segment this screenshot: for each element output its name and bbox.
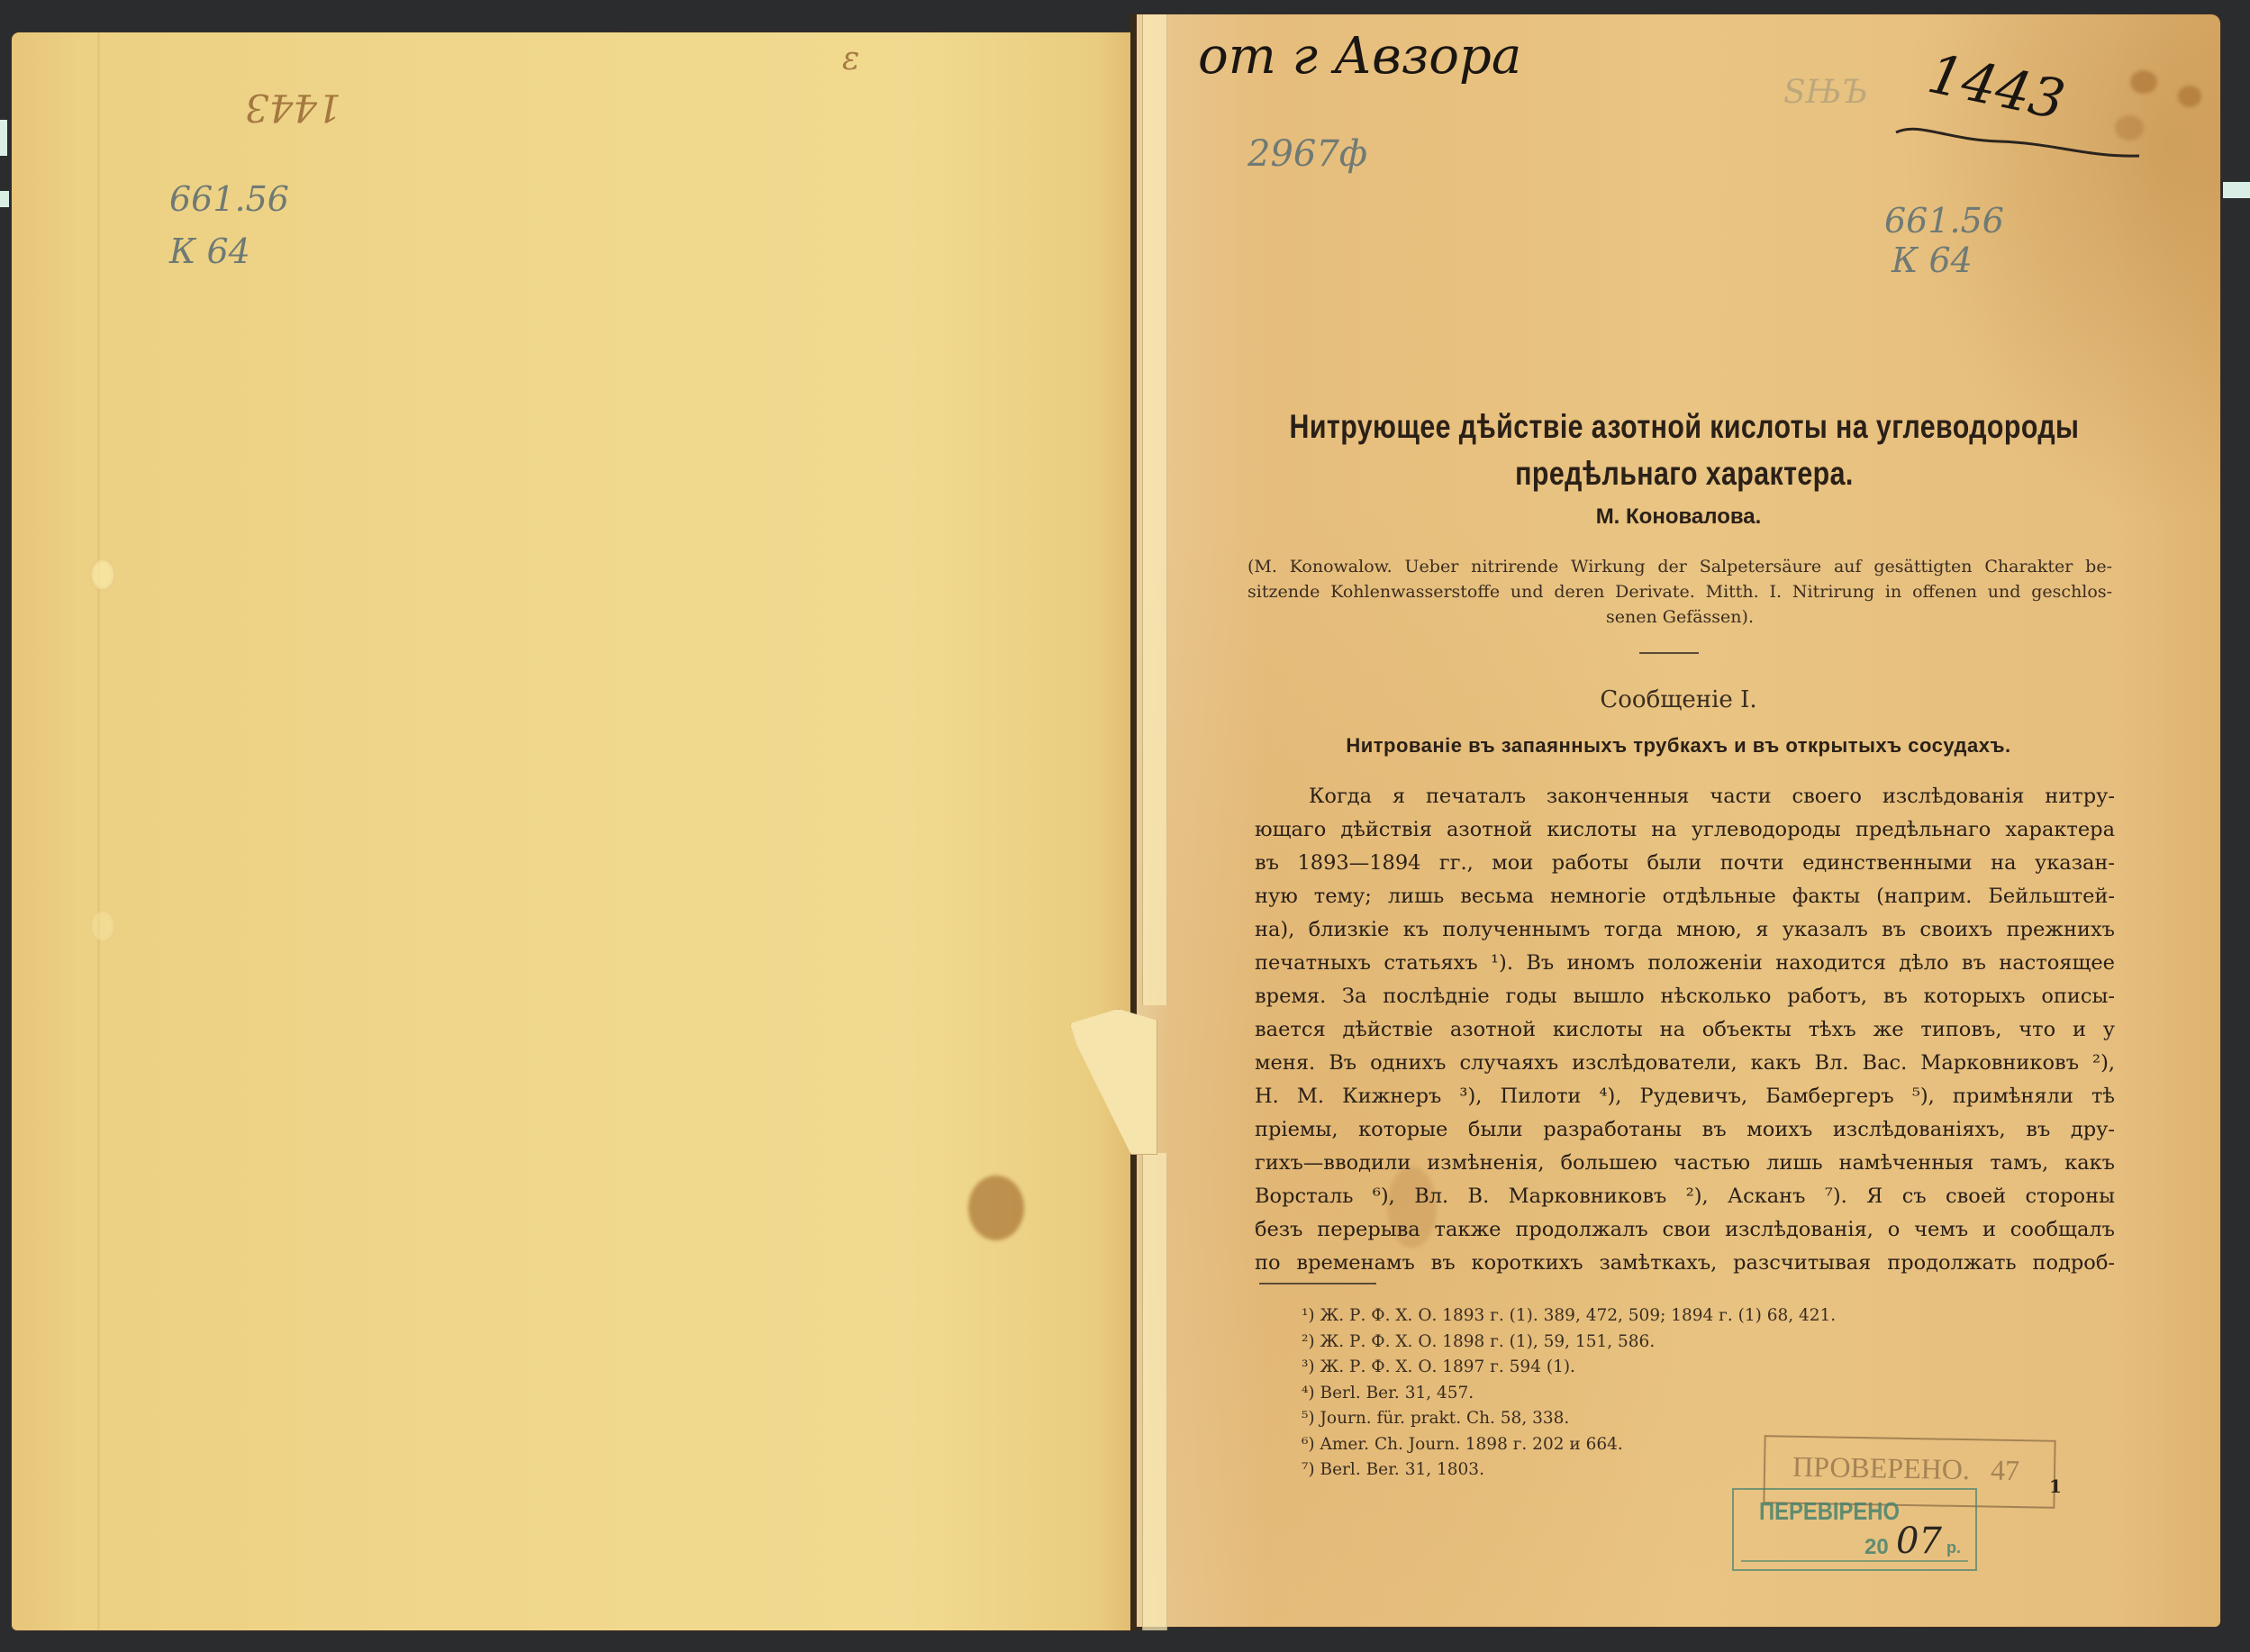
- body-line: на), близкіе къ полученнымъ тогда мною, …: [1255, 913, 2115, 947]
- scan-marker-left: [0, 120, 7, 156]
- footnote: ³) Ж. Р. Ф. Х. О. 1897 г. 594 (1).: [1302, 1355, 1932, 1381]
- body-line: ную тему; лишь весьма немногіе отдѣльные…: [1255, 880, 2115, 913]
- subheading: Нитрованіе въ запаянныхъ трубкахъ и въ о…: [1137, 734, 2220, 758]
- binding-hole: [90, 910, 115, 942]
- citation-line: sitzende Kohlenwasserstoffe und deren De…: [1247, 579, 2112, 604]
- footnote: ²) Ж. Р. Ф. Х. О. 1898 г. (1), 59, 151, …: [1302, 1330, 1932, 1356]
- body-line: меня. Въ однихъ случаяхъ изслѣдователи, …: [1255, 1047, 2115, 1080]
- provenance-note: от г Авзора: [1198, 27, 1521, 86]
- left-page: [12, 32, 1130, 1630]
- stain: [2130, 70, 2157, 94]
- body-line: безъ перерыва также продолжалъ свои изсл…: [1255, 1213, 2115, 1247]
- body-line: ющаго дѣйствія азотной кислоты на углево…: [1255, 813, 2115, 847]
- body-line: въ 1893—1894 гг., мои работы были почти …: [1255, 847, 2115, 880]
- section-heading: Сообщеніе I.: [1137, 686, 2220, 713]
- inventory-mark-faded: 1443: [245, 86, 341, 130]
- right-call-number-line1: 661.56: [1884, 200, 2004, 241]
- stamp-year-prefix: 20: [1864, 1535, 1889, 1560]
- article-title: Нитрующее дѣйствіе азотной кислоты на уг…: [1243, 404, 2126, 497]
- faint-mark: ЅЊЪ: [1783, 74, 1868, 111]
- stamp-underline: [1741, 1560, 1968, 1562]
- spine-tape: [1142, 1153, 1167, 1630]
- body-line: Когда я печаталъ законченныя части своег…: [1255, 780, 2115, 813]
- stamp-year-handwritten: 07: [1896, 1520, 1942, 1562]
- footnote: ⁵) Journ. für. prakt. Ch. 58, 338.: [1302, 1406, 1932, 1432]
- body-line: Ворсталь ⁶), Вл. В. Марковниковъ ²), Аск…: [1255, 1180, 2115, 1213]
- footnote: ¹) Ж. Р. Ф. Х. О. 1893 г. (1). 389, 472,…: [1302, 1303, 1932, 1330]
- stamp-perevireno: ПЕРЕВІРЕНО 20 07 р.: [1732, 1488, 1977, 1571]
- underline-stroke: [1892, 122, 2144, 167]
- stamp-suffix: р.: [1946, 1539, 1961, 1557]
- body-line: Н. М. Кижнеръ ³), Пилоти ⁴), Рудевичъ, Б…: [1255, 1080, 2115, 1113]
- footnote: ⁴) Berl. Ber. 31, 457.: [1302, 1381, 1932, 1407]
- body-line: пріемы, которые были разработаны въ моих…: [1255, 1113, 2115, 1147]
- body-line: по временамъ въ короткихъ замѣткахъ, раз…: [1255, 1247, 2115, 1280]
- stamp-old-number: 47: [1991, 1454, 2020, 1488]
- call-number-line1: 661.56: [169, 178, 289, 220]
- stain: [968, 1175, 1024, 1240]
- stain: [2178, 86, 2201, 107]
- body-line: время. За послѣдніе годы вышло нѣсколько…: [1255, 980, 2115, 1013]
- stamp-new-text: ПЕРЕВІРЕНО: [1759, 1497, 1900, 1526]
- body-line: вается дѣйствіе азотной кислоты на объек…: [1255, 1013, 2115, 1047]
- separator-rule: [1639, 652, 1699, 654]
- call-number-line2: К 64: [169, 231, 250, 272]
- spine-gap: [1130, 14, 1137, 1630]
- body-text: Когда я печаталъ законченныя части своег…: [1255, 780, 2115, 1280]
- citation-line: senen Gefässen).: [1247, 604, 2112, 630]
- scan-marker-left-2: [0, 191, 9, 207]
- page-number: 1: [2049, 1475, 2062, 1497]
- right-call-number-line2: К 64: [1892, 240, 1973, 281]
- article-author: М. Коновалова.: [1137, 504, 2220, 530]
- stamp-old-text: ПРОВЕРЕНО.: [1792, 1450, 1970, 1486]
- scan-marker-right: [2223, 182, 2250, 198]
- german-citation: (M. Konowalow. Ueber nitrirende Wirkung …: [1247, 554, 2112, 630]
- citation-line: (M. Konowalow. Ueber nitrirende Wirkung …: [1247, 554, 2112, 579]
- binding-hole: [90, 558, 115, 591]
- accession-number: 2967ф: [1247, 133, 1367, 175]
- footnote-rule: [1259, 1283, 1376, 1284]
- body-line: гихъ—вводили измѣненія, большею частью л…: [1255, 1147, 2115, 1180]
- body-line: печатныхъ статьяхъ ¹). Въ иномъ положені…: [1255, 947, 2115, 980]
